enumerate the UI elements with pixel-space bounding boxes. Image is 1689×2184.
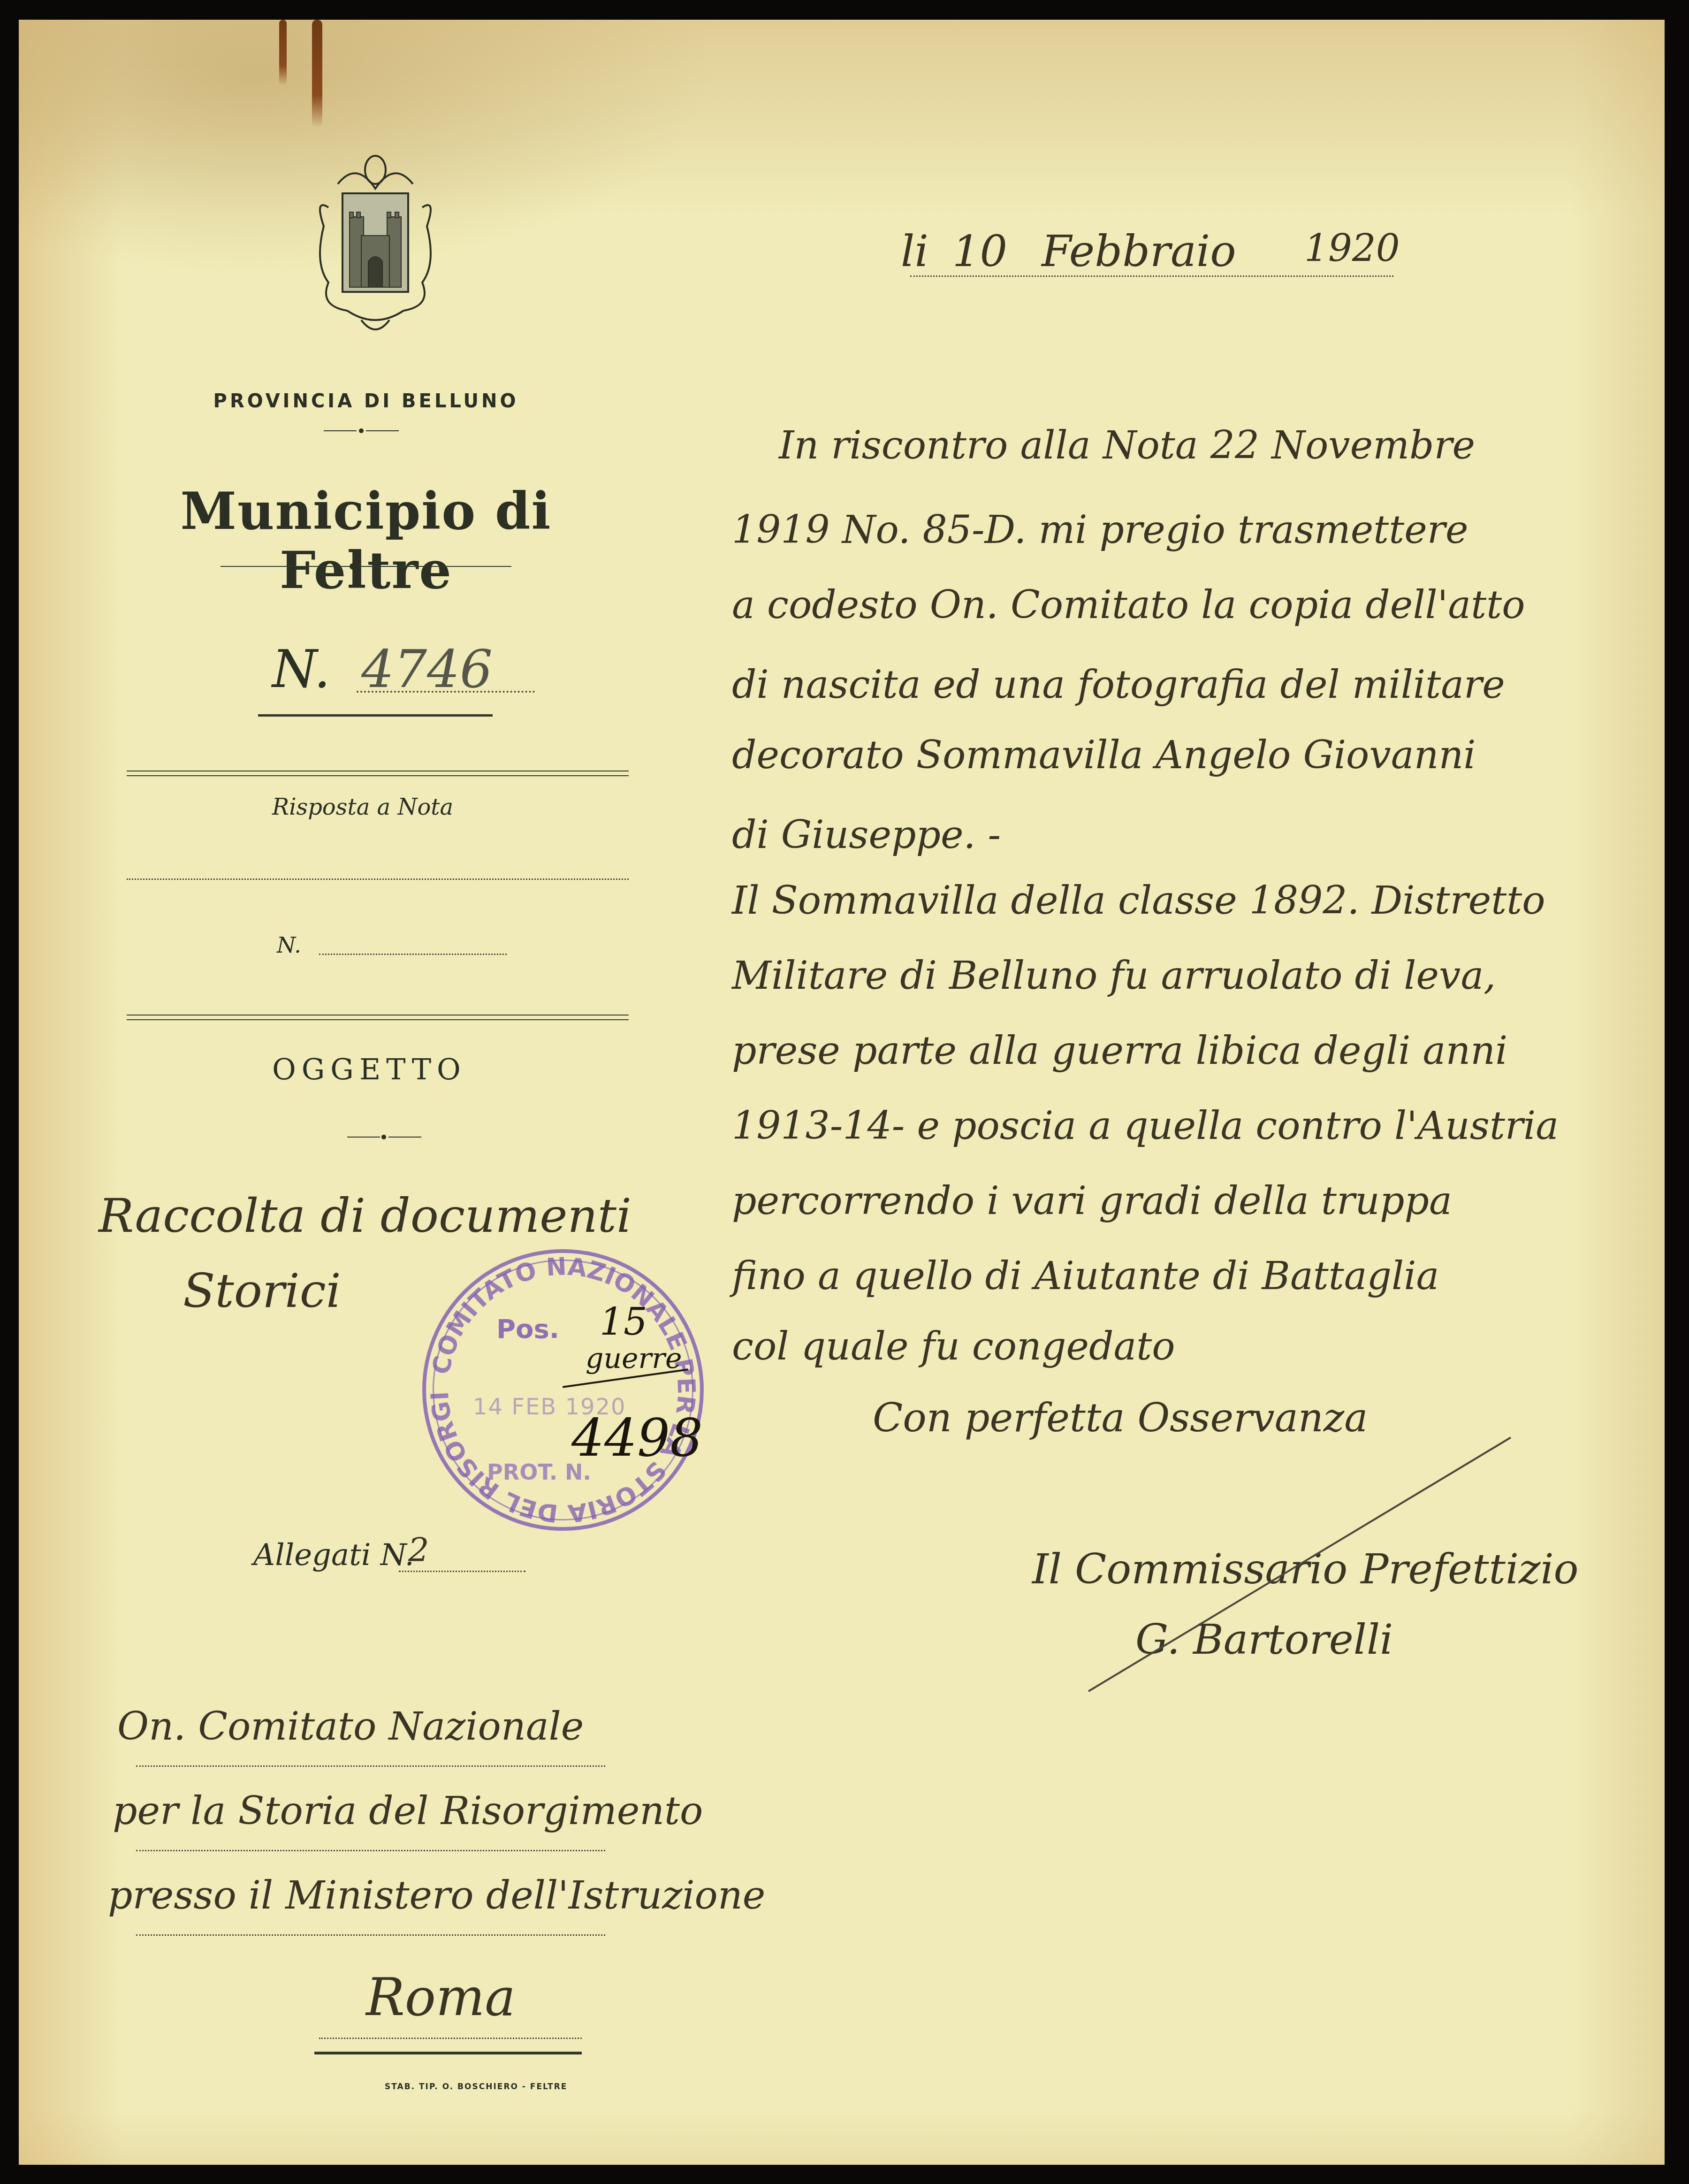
ornament-divider <box>324 430 357 431</box>
body-line: di nascita ed una fotografia del militar… <box>732 663 1505 707</box>
stamp-protocol-number: 4498 <box>571 1408 703 1468</box>
attachments-field <box>399 1571 525 1572</box>
subject-line-1: Raccolta di documenti <box>99 1188 631 1243</box>
rule <box>127 1019 629 1020</box>
subject-heading: OGGETTO <box>272 1052 466 1086</box>
rule <box>127 771 629 771</box>
body-line: 1919 No. 85-D. mi pregio trasmettere <box>732 508 1468 552</box>
recipient-field-line <box>136 1850 605 1851</box>
ornament-divider <box>350 563 357 570</box>
stamp-category: guerre <box>586 1342 682 1375</box>
protocol-number: 4746 <box>361 639 493 699</box>
signatory-title: Il Commissario Prefettizio <box>1032 1545 1579 1593</box>
stamp-ring-text: COMITATO NAZIONALE PER LA STORIA DEL RIS… <box>422 1249 704 1531</box>
ornament-divider <box>388 1137 421 1138</box>
protocol-label: N. <box>272 639 330 699</box>
reply-number-field <box>319 954 507 955</box>
recipient-line-2: per la Storia del Risorgimento <box>113 1789 703 1833</box>
body-line: Il Sommavilla della classe 1892. Distret… <box>732 878 1545 923</box>
body-line: 1913-14- e poscia a quella contro l'Aust… <box>732 1104 1559 1148</box>
recipient-line-3: presso il Ministero dell'Istruzione <box>108 1873 765 1918</box>
stamp-pos-label: Pos. <box>496 1314 559 1344</box>
attachments-count: 2 <box>408 1531 429 1569</box>
recipient-city: Roma <box>366 1967 516 2027</box>
recipient-field-line <box>136 1934 605 1936</box>
ornament-divider <box>359 428 364 433</box>
svg-text:COMITATO NAZIONALE PER LA STOR: COMITATO NAZIONALE PER LA STORIA DEL RIS… <box>422 1249 700 1527</box>
rust-stain <box>279 20 287 85</box>
reply-to-label: Risposta a Nota <box>272 794 453 820</box>
document-page: PROVINCIA DI BELLUNO Municipio di Feltre… <box>19 20 1665 2165</box>
date-prefix: li <box>901 226 928 276</box>
coat-of-arms-icon <box>310 142 441 339</box>
attachments-label: Allegati N. <box>253 1538 414 1573</box>
date-year: 1920 <box>1304 226 1400 270</box>
rule <box>314 2052 582 2054</box>
recipient-field-line <box>136 1765 605 1767</box>
body-line: col quale fu congedato <box>732 1324 1175 1369</box>
body-line: In riscontro alla Nota 22 Novembre <box>779 423 1475 468</box>
ornament-divider <box>347 1137 380 1138</box>
reply-number-label: N. <box>277 932 301 958</box>
ornament-divider <box>366 430 399 431</box>
body-line: di Giuseppe. - <box>732 813 1001 857</box>
body-line: a codesto On. Comitato la copia dell'att… <box>732 583 1525 627</box>
recipient-line-1: On. Comitato Nazionale <box>117 1704 584 1749</box>
stamp-position-number: 15 <box>600 1300 647 1344</box>
closing-salutation: Con perfetta Osservanza <box>873 1395 1368 1441</box>
date-month: Febbraio <box>1042 226 1236 276</box>
rule <box>127 775 629 776</box>
received-stamp: COMITATO NAZIONALE PER LA STORIA DEL RIS… <box>422 1249 704 1531</box>
date-field-line <box>910 275 1393 277</box>
reply-note-field <box>127 878 629 880</box>
body-line: percorrendo i vari gradi della truppa <box>732 1179 1452 1223</box>
province-heading: PROVINCIA DI BELLUNO <box>108 390 624 412</box>
rust-stain <box>312 20 322 128</box>
rule <box>258 714 493 717</box>
rule <box>127 1015 629 1016</box>
body-line: Militare di Belluno fu arruolato di leva… <box>732 954 1496 998</box>
printer-imprint: STAB. TIP. O. BOSCHIERO - FELTRE <box>385 2082 567 2092</box>
ornament-divider <box>381 1135 386 1139</box>
body-line: fino a quello di Aiutante di Battaglia <box>732 1254 1439 1298</box>
subject-line-2: Storici <box>183 1263 341 1318</box>
ornament-divider <box>221 566 511 567</box>
date-day: 10 <box>952 226 1007 276</box>
body-line: prese parte alla guerra libica degli ann… <box>732 1029 1507 1073</box>
municipality-heading: Municipio di Feltre <box>108 482 624 600</box>
protocol-line <box>357 691 535 693</box>
body-line: decorato Sommavilla Angelo Giovanni <box>732 733 1476 778</box>
recipient-field-line <box>319 2038 582 2039</box>
